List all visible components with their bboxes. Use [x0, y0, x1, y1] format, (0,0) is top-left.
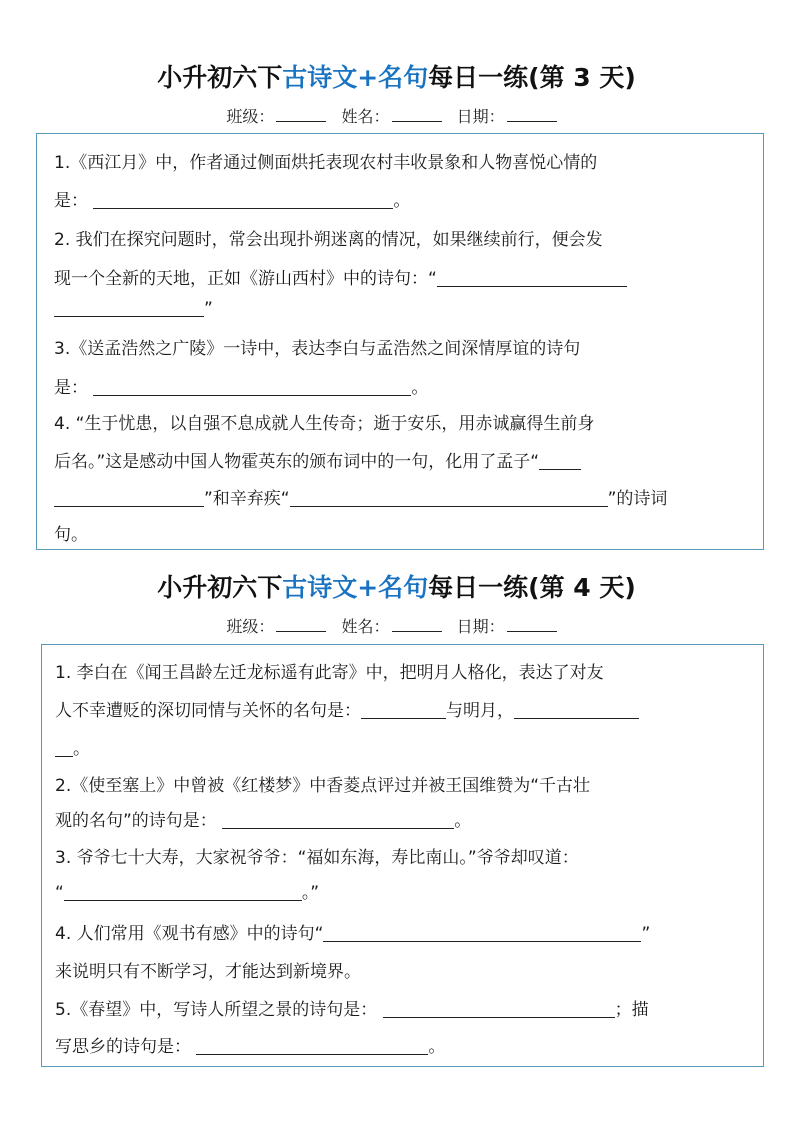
class-label: 班级：	[226, 617, 274, 636]
answer-blank[interactable]	[514, 701, 639, 719]
text: 3. 爷爷七十大寿，大家祝爷爷：“福如东海，寿比南山。”爷爷却叹道：	[55, 848, 579, 868]
question-line: 后名。”这是感动中国人物霍英东的颁布词中的一句，化用了孟子“	[54, 447, 581, 472]
answer-blank[interactable]	[93, 191, 393, 209]
questions-box-day3: 1.《西江月》中，作者通过侧面烘托表现农村丰收景象和人物喜悦心情的 是： 。 2…	[36, 133, 764, 550]
text: ；描	[615, 1000, 649, 1020]
date-field[interactable]	[507, 107, 557, 122]
text: ”	[204, 299, 213, 319]
date-label: 日期：	[457, 107, 505, 126]
title-suffix: 每日一练(第 3 天)	[428, 63, 636, 92]
text: 来说明只有不断学习，才能达到新境界。	[55, 962, 361, 982]
question-line: 。	[55, 734, 90, 759]
answer-blank[interactable]	[290, 489, 608, 507]
question-line: 4. 人们常用《观书有感》中的诗句“”	[55, 919, 650, 944]
text: 是：	[54, 191, 88, 211]
question-line: “。”	[55, 878, 319, 903]
questions-box-day4: 1. 李白在《闻王昌龄左迁龙标遥有此寄》中，把明月人格化，表达了对友 人不幸遭贬…	[41, 644, 764, 1067]
question-line: 5.《春望》中，写诗人所望之景的诗句是： ；描	[55, 995, 649, 1020]
text: 句。	[54, 525, 88, 545]
question-line: 4. “生于忧患，以自强不息成就人生传奇；逝于安乐，用赤诚赢得生前身	[54, 409, 594, 434]
student-info-row: 班级： 姓名： 日期：	[0, 614, 793, 637]
text: 。”	[302, 883, 319, 903]
date-field[interactable]	[507, 617, 557, 632]
text: 观的名句”的诗句是：	[55, 811, 217, 831]
title-highlight: 古诗文+名句	[282, 573, 428, 602]
text: 1. 李白在《闻王昌龄左迁龙标遥有此寄》中，把明月人格化，表达了对友	[55, 663, 604, 683]
question-line: 是： 。	[54, 186, 410, 211]
answer-blank[interactable]	[437, 269, 627, 287]
name-label: 姓名：	[341, 107, 389, 126]
student-info-row: 班级： 姓名： 日期：	[0, 104, 793, 127]
answer-blank[interactable]	[54, 299, 204, 317]
text: 2. 我们在探究问题时，常会出现扑朔迷离的情况，如果继续前行，便会发	[54, 230, 603, 250]
question-line: 3. 爷爷七十大寿，大家祝爷爷：“福如东海，寿比南山。”爷爷却叹道：	[55, 843, 579, 868]
text: 。	[428, 1037, 445, 1057]
question-line: 2.《使至塞上》中曾被《红楼梦》中香菱点评过并被王国维赞为“千古壮	[55, 771, 590, 796]
class-field[interactable]	[276, 617, 326, 632]
question-line: 句。	[54, 520, 88, 545]
text: 是：	[54, 378, 88, 398]
answer-blank[interactable]	[196, 1037, 428, 1055]
question-line: 3.《送孟浩然之广陵》一诗中，表达李白与孟浩然之间深情厚谊的诗句	[54, 334, 580, 359]
text: 后名。”这是感动中国人物霍英东的颁布词中的一句，化用了孟子“	[54, 452, 539, 472]
question-line: 是： 。	[54, 373, 428, 398]
text: 。	[411, 378, 428, 398]
worksheet-title-day4: 小升初六下古诗文+名句每日一练(第 4 天)	[0, 568, 793, 604]
text: ”和辛弃疾“	[204, 489, 290, 509]
answer-blank[interactable]	[64, 883, 302, 901]
text: 写思乡的诗句是：	[55, 1037, 191, 1057]
answer-blank[interactable]	[55, 739, 73, 757]
text: “	[55, 883, 64, 903]
text: ”	[641, 924, 650, 944]
question-line: 现一个全新的天地，正如《游山西村》中的诗句：“	[54, 264, 627, 289]
answer-blank[interactable]	[539, 452, 581, 470]
answer-blank[interactable]	[383, 1000, 615, 1018]
question-line: ”和辛弃疾“”的诗词	[54, 484, 667, 509]
question-line: 1. 李白在《闻王昌龄左迁龙标遥有此寄》中，把明月人格化，表达了对友	[55, 658, 604, 683]
text: 1.《西江月》中，作者通过侧面烘托表现农村丰收景象和人物喜悦心情的	[54, 153, 597, 173]
worksheet-title-day3: 小升初六下古诗文+名句每日一练(第 3 天)	[0, 58, 793, 94]
text: 4. 人们常用《观书有感》中的诗句“	[55, 924, 323, 944]
title-prefix: 小升初六下	[157, 573, 282, 602]
title-suffix: 每日一练(第 4 天)	[428, 573, 636, 602]
question-line: 人不幸遭贬的深切同情与关怀的名句是：与明月，	[55, 696, 639, 721]
question-line: 写思乡的诗句是： 。	[55, 1032, 445, 1057]
question-line: ”	[54, 299, 213, 319]
text: 2.《使至塞上》中曾被《红楼梦》中香菱点评过并被王国维赞为“千古壮	[55, 776, 590, 796]
text: ”的诗词	[608, 489, 668, 509]
name-label: 姓名：	[341, 617, 389, 636]
text: 与明月，	[446, 701, 514, 721]
name-field[interactable]	[392, 107, 442, 122]
text: 。	[73, 739, 90, 759]
answer-blank[interactable]	[54, 489, 204, 507]
text: 3.《送孟浩然之广陵》一诗中，表达李白与孟浩然之间深情厚谊的诗句	[54, 339, 580, 359]
class-field[interactable]	[276, 107, 326, 122]
name-field[interactable]	[392, 617, 442, 632]
text: 5.《春望》中，写诗人所望之景的诗句是：	[55, 1000, 377, 1020]
question-line: 2. 我们在探究问题时，常会出现扑朔迷离的情况，如果继续前行，便会发	[54, 225, 603, 250]
question-line: 1.《西江月》中，作者通过侧面烘托表现农村丰收景象和人物喜悦心情的	[54, 148, 597, 173]
question-line: 观的名句”的诗句是： 。	[55, 806, 471, 831]
answer-blank[interactable]	[93, 378, 411, 396]
text: 现一个全新的天地，正如《游山西村》中的诗句：“	[54, 269, 437, 289]
text: 。	[454, 811, 471, 831]
answer-blank[interactable]	[323, 924, 641, 942]
text: 。	[393, 191, 410, 211]
title-highlight: 古诗文+名句	[282, 63, 428, 92]
title-prefix: 小升初六下	[157, 63, 282, 92]
answer-blank[interactable]	[222, 811, 454, 829]
date-label: 日期：	[457, 617, 505, 636]
class-label: 班级：	[226, 107, 274, 126]
answer-blank[interactable]	[361, 701, 446, 719]
text: 人不幸遭贬的深切同情与关怀的名句是：	[55, 701, 361, 721]
question-line: 来说明只有不断学习，才能达到新境界。	[55, 957, 361, 982]
text: 4. “生于忧患，以自强不息成就人生传奇；逝于安乐，用赤诚赢得生前身	[54, 414, 594, 434]
